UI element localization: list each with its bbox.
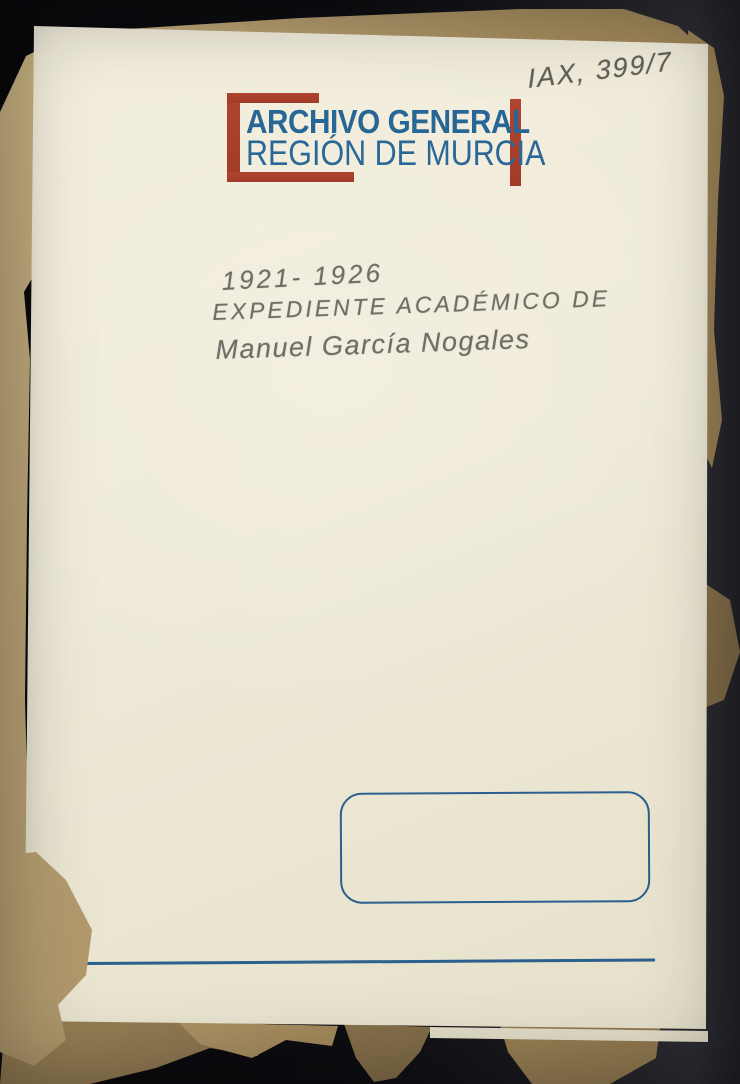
person-name-handwriting: Manuel García Nogales — [215, 326, 531, 364]
folder-cover: IAX, 399/7 ARCHIVO GENERAL REGIÓN DE MUR… — [0, 0, 740, 1084]
logo-bracket-icon — [227, 93, 319, 103]
reference-code-handwriting: IAX, 399/7 — [527, 48, 673, 93]
footer-rule — [85, 959, 655, 965]
logo-title-line2: REGIÓN DE MURCIA — [246, 136, 545, 171]
label-box — [340, 791, 651, 904]
photo-background: IAX, 399/7 ARCHIVO GENERAL REGIÓN DE MUR… — [0, 0, 740, 1084]
logo-bracket-icon — [227, 172, 354, 182]
years-handwriting: 1921- 1926 — [221, 260, 384, 294]
logo-bracket-icon — [227, 93, 240, 182]
